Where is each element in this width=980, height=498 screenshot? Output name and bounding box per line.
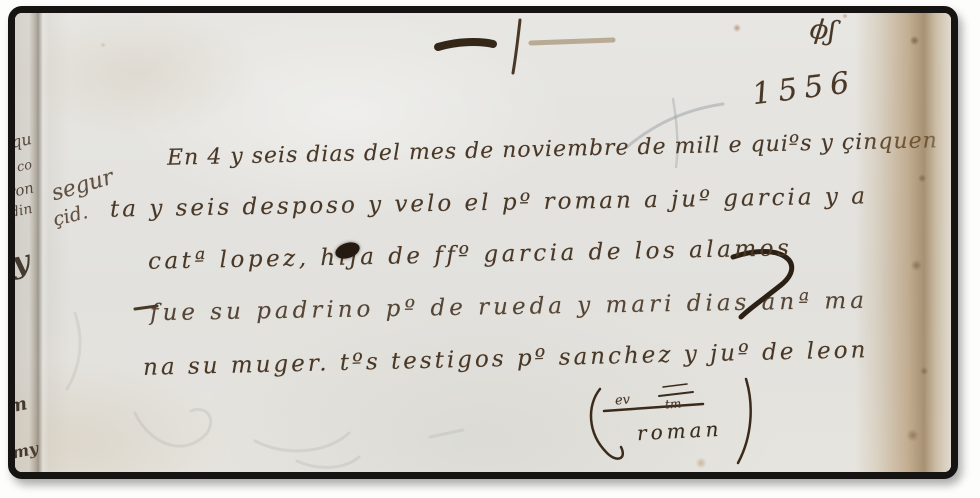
year-mark: 1556 [750,65,858,112]
manuscript-photo: qu co ron din y m my [8,6,958,479]
signature-abbrev-mid: tm [665,396,682,411]
manuscript-page: qu co ron din y m my [15,13,951,472]
facing-page-fragment: m [15,393,29,418]
page-gutter-crease [29,13,49,472]
invocation-cross-mark [438,20,613,73]
manuscript-line-3: catª lopez, hija de ffº garcia de los al… [148,235,793,274]
manuscript-line-2: ta y seis desposo y velo el pº roman a j… [110,183,868,222]
signature-name: roman [636,417,723,445]
bleedthrough-marks [67,313,463,467]
manuscript-line-4: fue su padrino pº de rueda y mari dias a… [150,288,868,327]
folio-mark: ϕʃ [808,14,837,48]
manuscript-line-5: na su muger. tºs testigos pº sanchez y j… [143,337,869,381]
page-worn-edge [855,13,951,472]
manuscript-line-1: En 4 y seis dias del mes de noviembre de… [167,128,938,170]
signature-abbrev-top: ev [614,392,630,408]
margin-note-line: segur [49,165,117,206]
